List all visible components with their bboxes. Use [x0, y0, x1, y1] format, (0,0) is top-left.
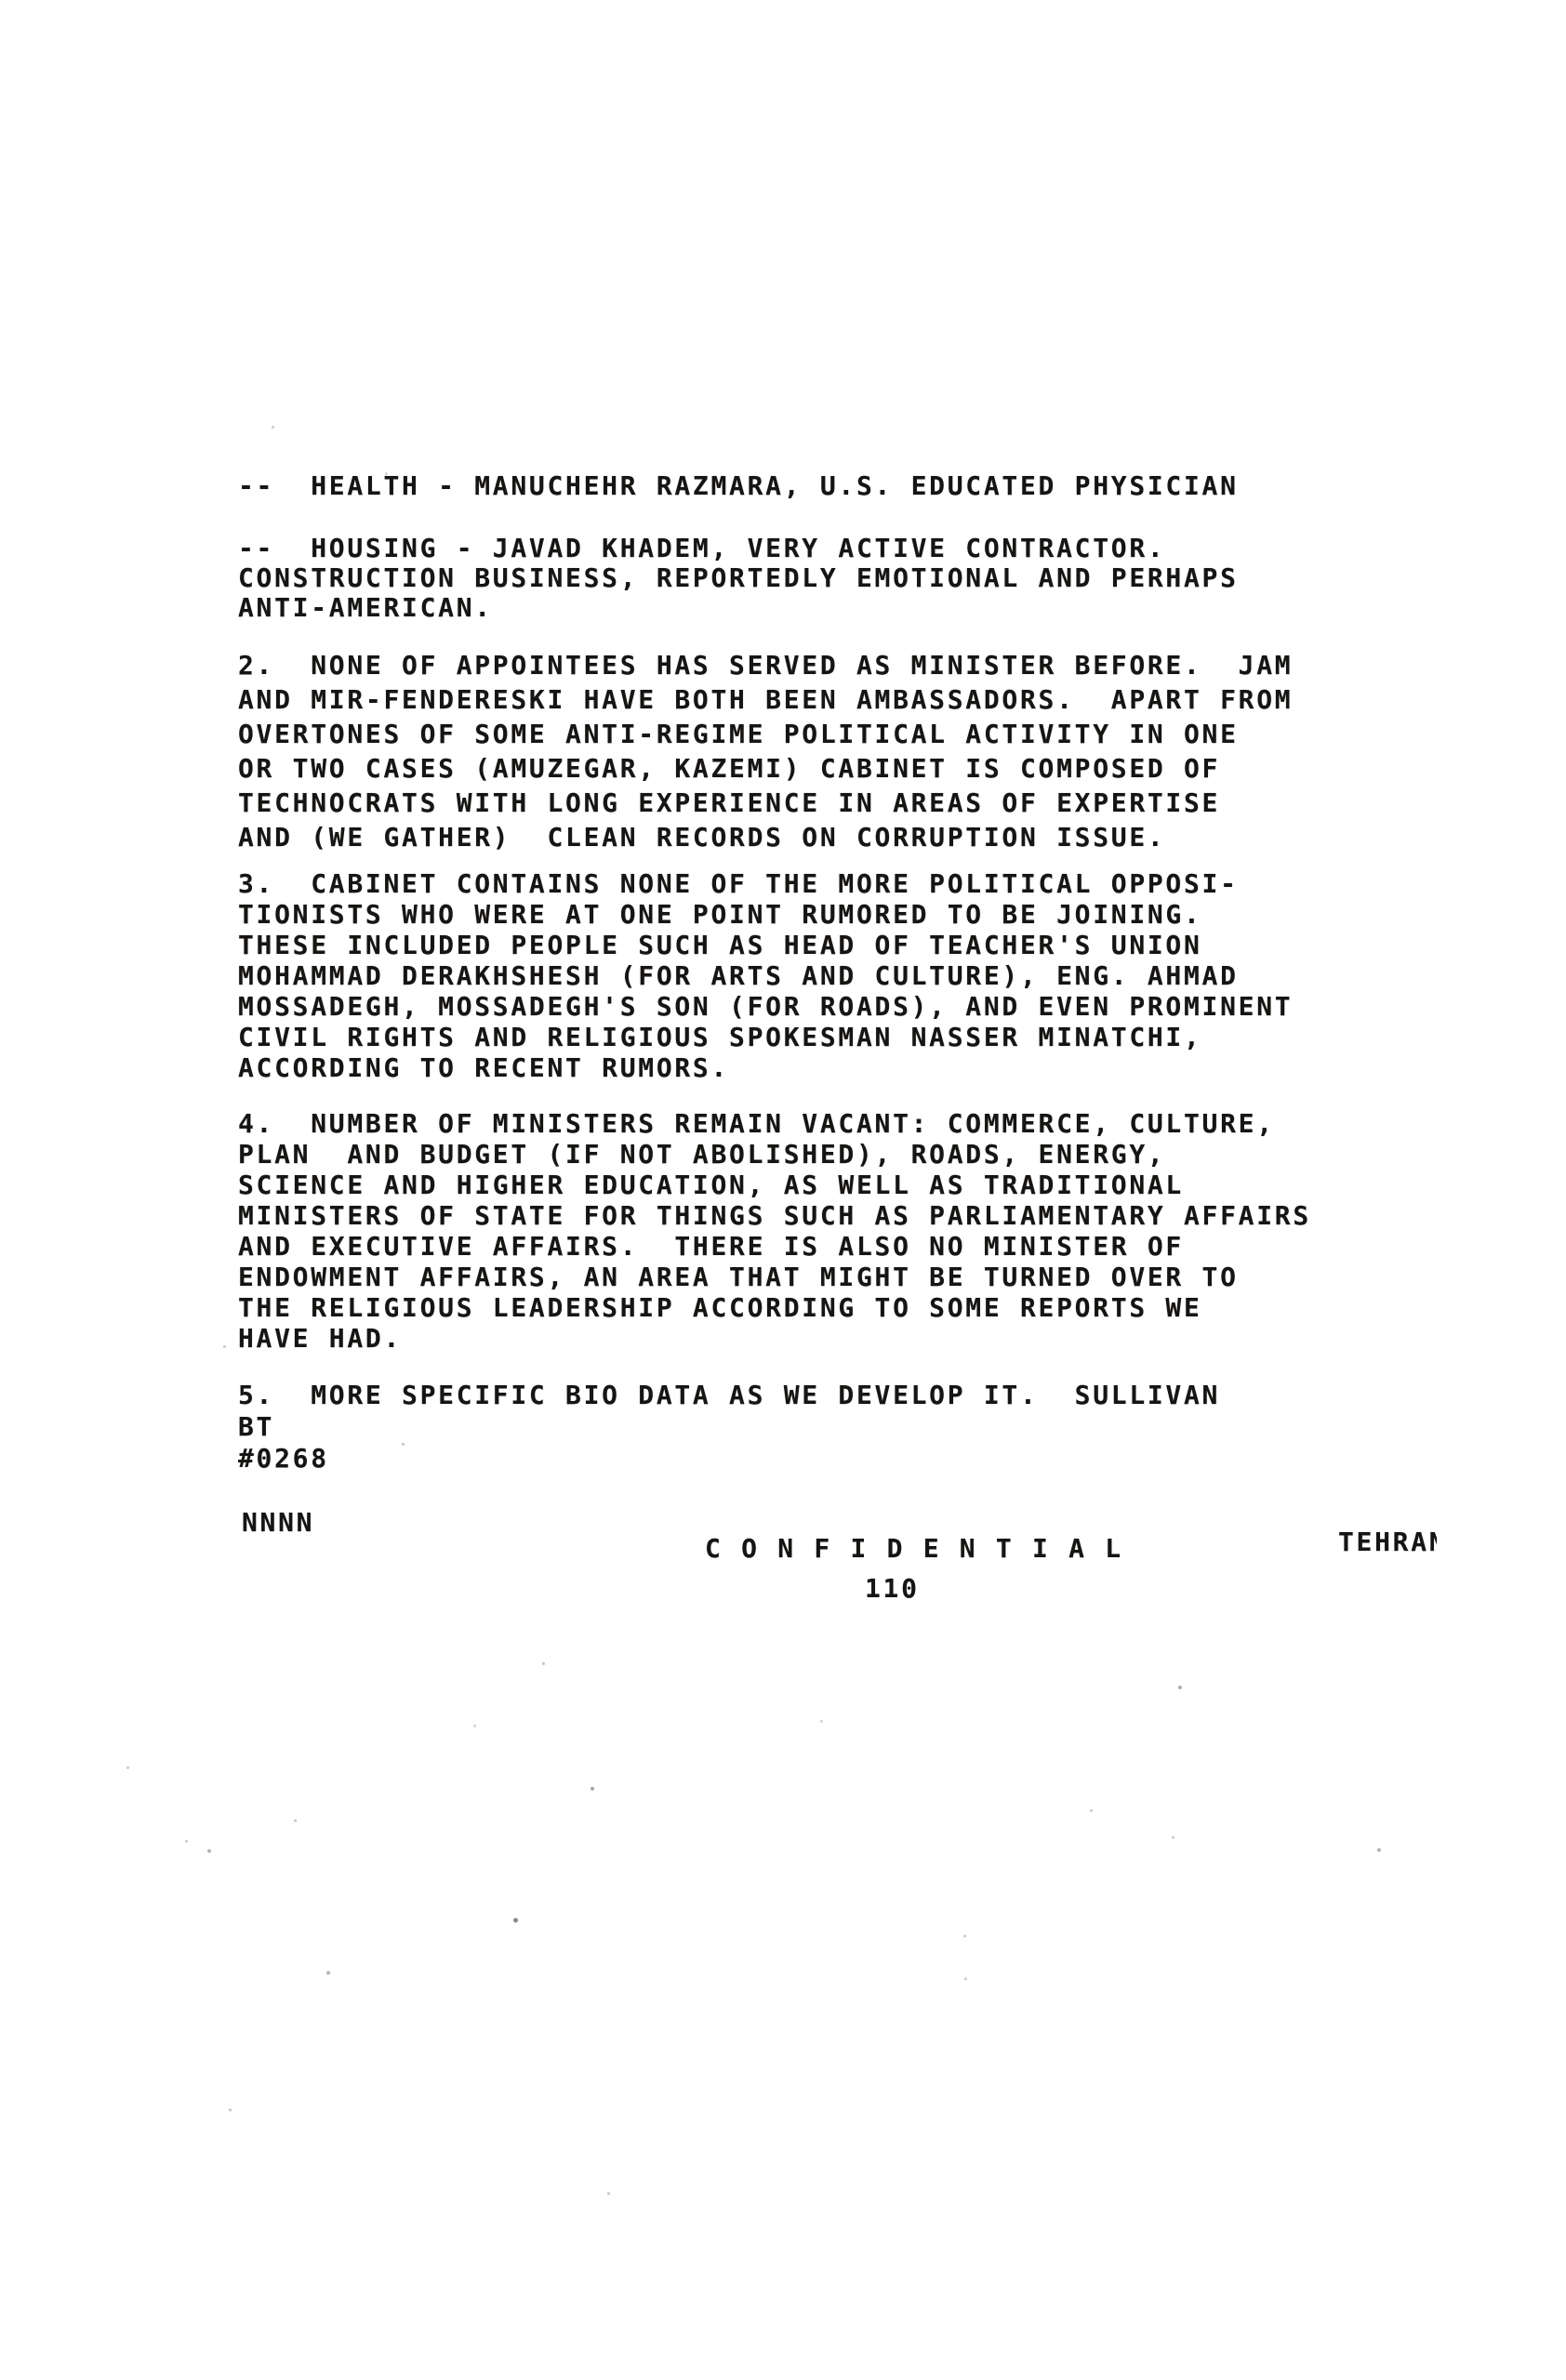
noise-speck	[229, 2109, 232, 2111]
page-number: 110	[865, 1573, 920, 1604]
cable-text-layer: -- HEALTH - MANUCHEHR RAZMARA, U.S. EDUC…	[0, 0, 1566, 2380]
noise-speck	[126, 1766, 129, 1769]
scanned-cable-page: -- HEALTH - MANUCHEHR RAZMARA, U.S. EDUC…	[0, 0, 1566, 2380]
noise-speck	[820, 1720, 823, 1723]
noise-speck	[185, 1840, 188, 1843]
noise-speck	[385, 472, 388, 475]
noise-speck	[223, 1345, 226, 1348]
noise-speck	[294, 1819, 297, 1822]
paragraph-5-signoff: 5. MORE SPECIFIC BIO DATA AS WE DEVELOP …	[238, 1380, 1220, 1474]
noise-speck	[207, 1849, 211, 1853]
noise-speck	[591, 1787, 594, 1791]
noise-speck	[1090, 1809, 1093, 1812]
noise-speck	[513, 1918, 518, 1923]
noise-speck	[1172, 1836, 1174, 1839]
noise-speck	[326, 1971, 330, 1975]
noise-speck	[542, 1662, 545, 1665]
noise-speck	[1377, 1848, 1381, 1852]
paragraph-2-appointees: 2. NONE OF APPOINTEES HAS SERVED AS MINI…	[238, 648, 1293, 854]
bullet-health: -- HEALTH - MANUCHEHR RAZMARA, U.S. EDUC…	[238, 470, 1239, 501]
origin-stamp-text: TEHRAN	[1338, 1527, 1437, 1557]
noise-speck	[964, 1977, 967, 1980]
paragraph-4-vacant-ministries: 4. NUMBER OF MINISTERS REMAIN VACANT: CO…	[238, 1108, 1311, 1354]
classification-stamp: C O N F I D E N T I A L	[705, 1533, 1123, 1564]
noise-speck	[607, 2192, 610, 2195]
noise-speck	[473, 1725, 476, 1727]
transmission-end-marker: NNNN	[242, 1507, 314, 1538]
noise-speck	[963, 1935, 966, 1937]
noise-speck	[272, 426, 274, 429]
noise-speck	[1178, 1686, 1182, 1689]
bullet-housing: -- HOUSING - JAVAD KHADEM, VERY ACTIVE C…	[238, 534, 1239, 623]
origin-stamp-clipped: TEHRAN	[1338, 1527, 1437, 1557]
noise-speck	[402, 1443, 405, 1446]
paragraph-3-oppositionists: 3. CABINET CONTAINS NONE OF THE MORE POL…	[238, 868, 1293, 1083]
